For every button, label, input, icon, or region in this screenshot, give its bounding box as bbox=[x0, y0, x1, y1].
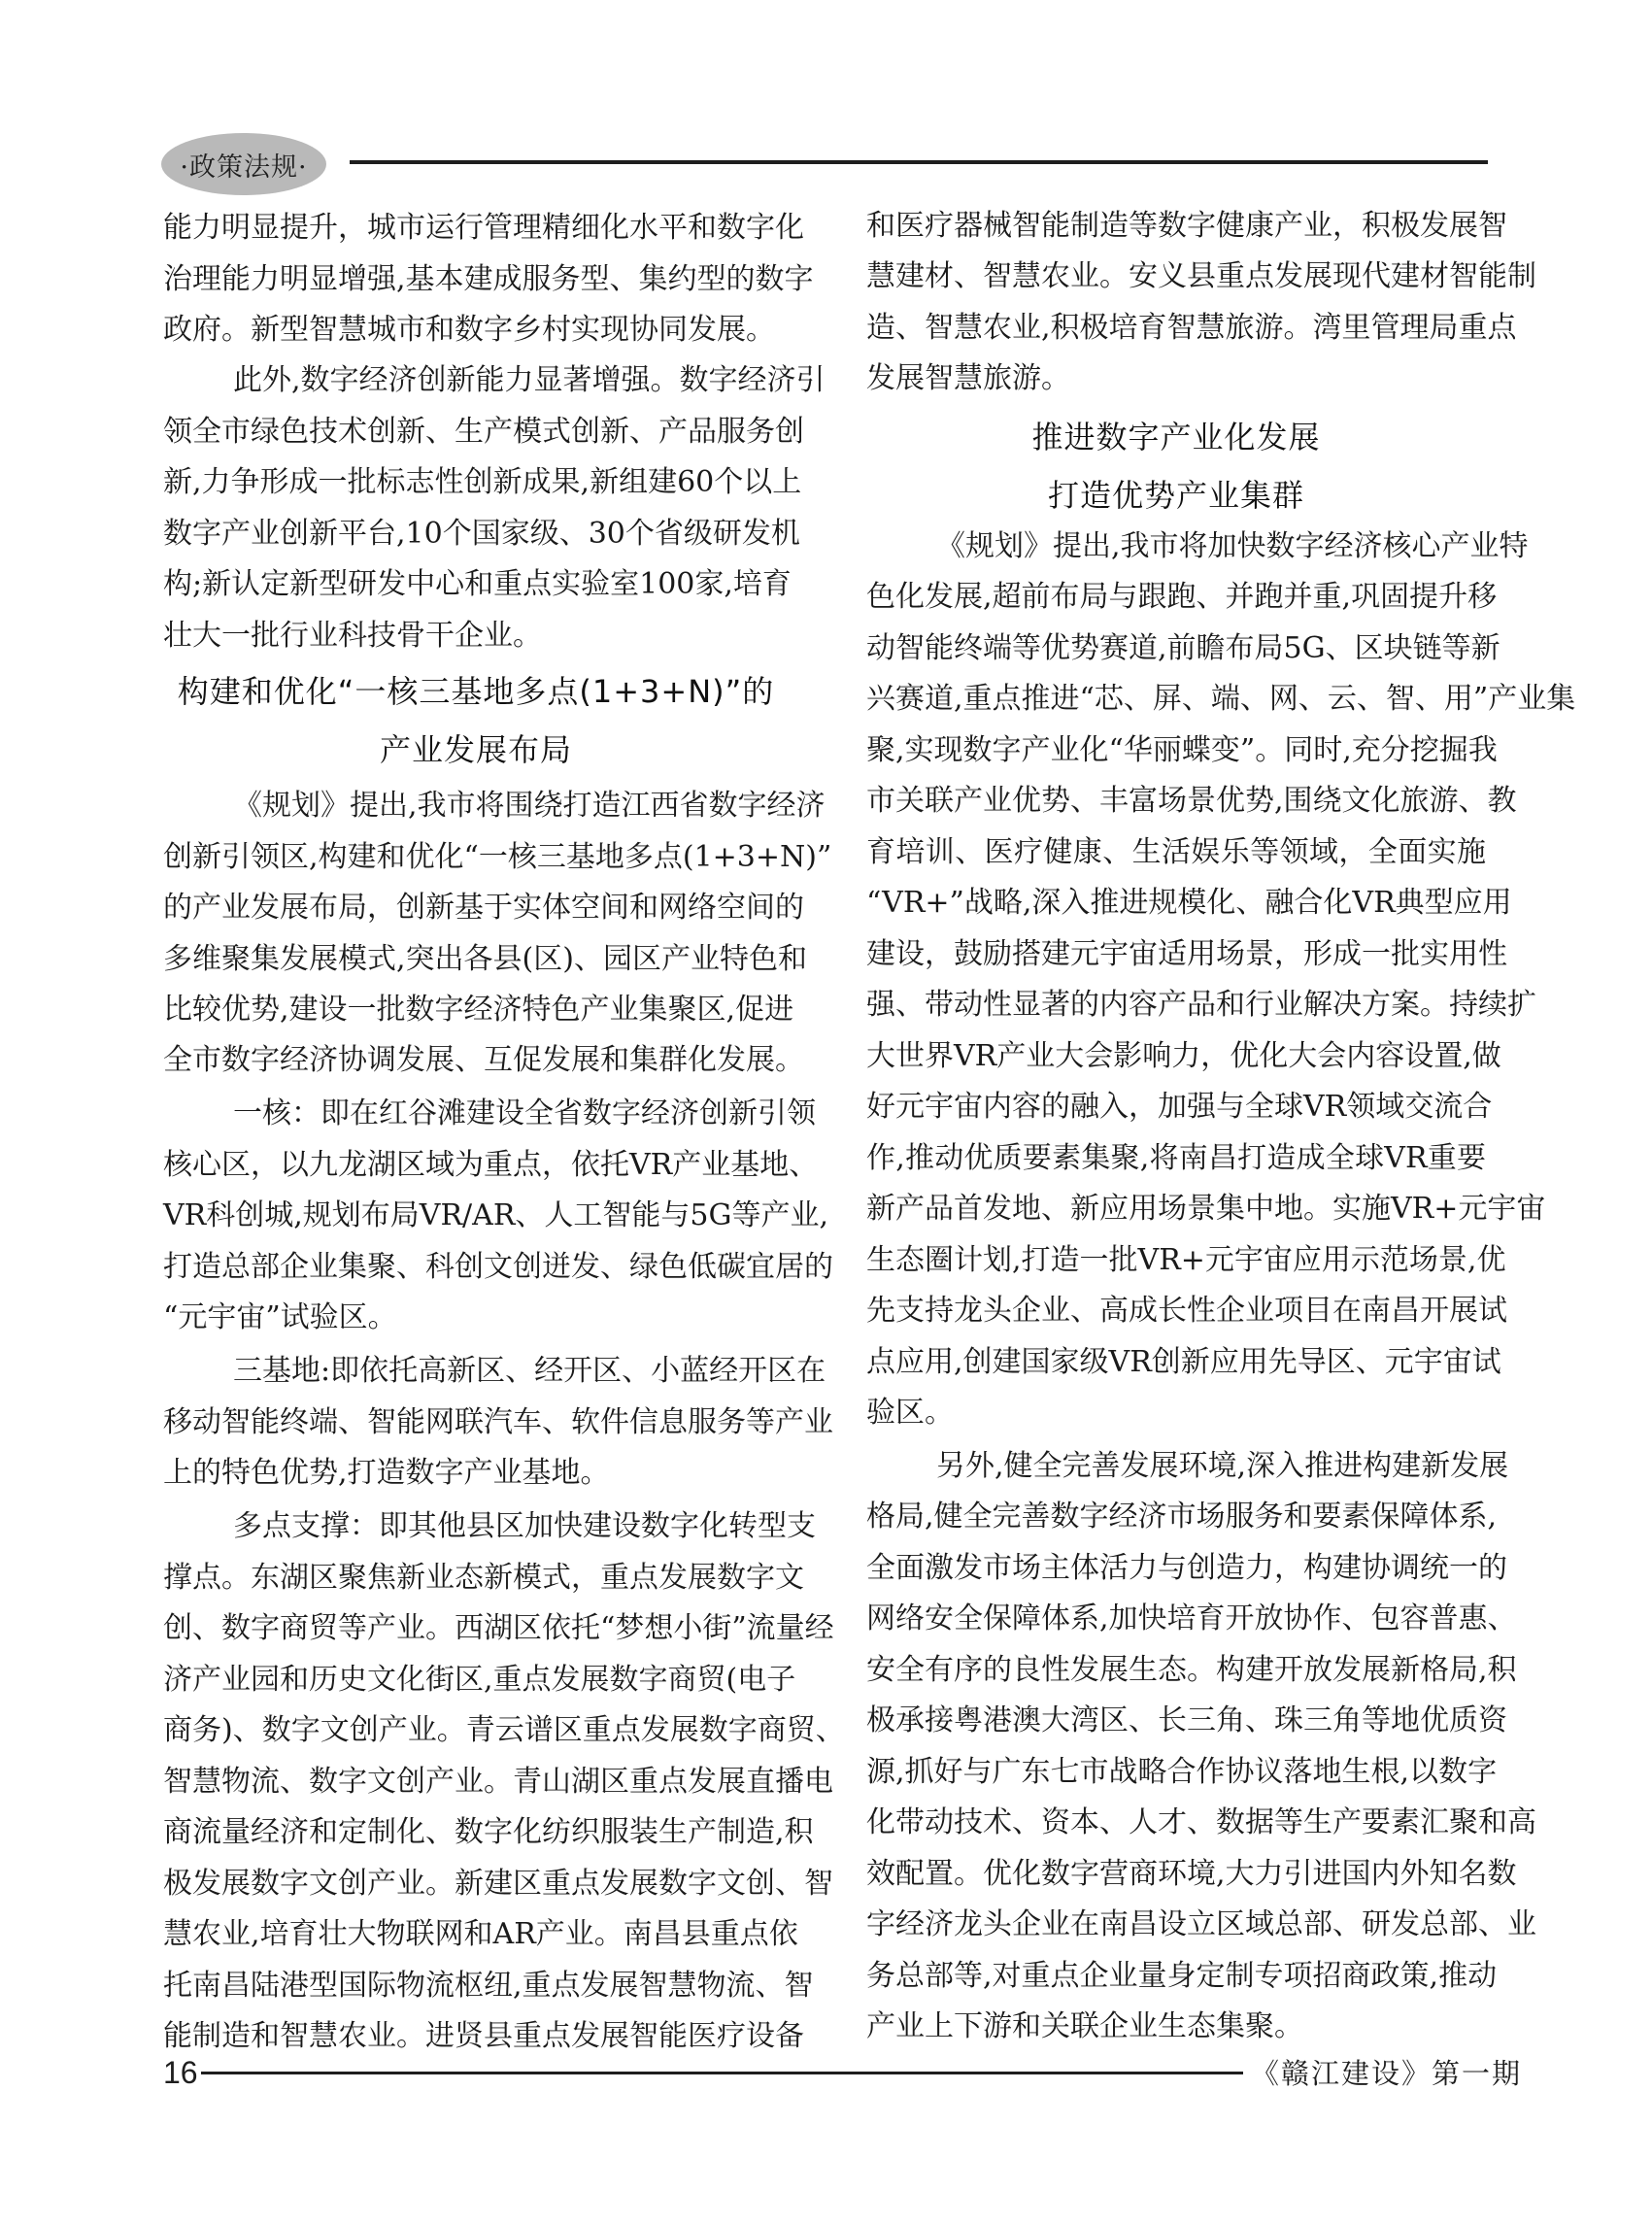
footer-rule bbox=[201, 2072, 1243, 2074]
text-line: 验区。 bbox=[866, 1394, 1486, 1433]
text-line: 核心区，以九龙湖区域为重点，依托VR产业基地、 bbox=[163, 1146, 789, 1185]
text-line: 源,抓好与广东七市战略合作协议落地生根,以数字 bbox=[866, 1753, 1486, 1792]
text-line: 多点支撑：即其他县区加快建设数字化转型支 bbox=[163, 1507, 789, 1546]
text-line: 上的特色优势,打造数字产业基地。 bbox=[163, 1454, 789, 1493]
text-line: 《规划》提出,我市将围绕打造江西省数字经济 bbox=[163, 787, 789, 826]
text-line: 好元宇宙内容的融入，加强与全球VR领域交流合 bbox=[866, 1088, 1486, 1127]
text-line: 建设，鼓励搭建元宇宙适用场景，形成一批实用性 bbox=[866, 935, 1486, 974]
text-line: 一核：即在红谷滩建设全省数字经济创新引领 bbox=[163, 1095, 789, 1133]
text-line: 托南昌陆港型国际物流枢纽,重点发展智慧物流、智 bbox=[163, 1967, 789, 2006]
text-line: 色化发展,超前布局与跟跑、并跑并重,巩固提升移 bbox=[866, 578, 1486, 617]
text-line: 聚,实现数字产业化“华丽蝶变”。同时,充分挖掘我 bbox=[866, 731, 1486, 770]
text-line: 壮大一批行业科技骨干企业。 bbox=[163, 617, 789, 656]
text-line: 强、带动性显著的内容产品和行业解决方案。持续扩 bbox=[866, 986, 1486, 1025]
text-line: 创新引领区,构建和优化“一核三基地多点(1+3+N)” bbox=[163, 838, 789, 877]
text-line: 三基地:即依托高新区、经开区、小蓝经开区在 bbox=[163, 1352, 789, 1391]
text-line: 商流量经济和定制化、数字化纺织服装生产制造,积 bbox=[163, 1813, 789, 1852]
text-line: “元宇宙”试验区。 bbox=[163, 1298, 789, 1337]
text-line: 新,力争形成一批标志性创新成果,新组建60个以上 bbox=[163, 463, 789, 502]
text-line: 慧建材、智慧农业。安义县重点发展现代建材智能制 bbox=[866, 257, 1486, 296]
text-line: 格局,健全完善数字经济市场服务和要素保障体系, bbox=[866, 1498, 1486, 1536]
text-line: 比较优势,建设一批数字经济特色产业集聚区,促进 bbox=[163, 991, 789, 1029]
text-line: 和医疗器械智能制造等数字健康产业，积极发展智 bbox=[866, 207, 1486, 246]
text-line: 济产业园和历史文化街区,重点发展数字商贸(电子 bbox=[163, 1661, 789, 1700]
text-line: 生态圈计划,打造一批VR+元宇宙应用示范场景,优 bbox=[866, 1241, 1486, 1280]
text-line: 全市数字经济协调发展、互促发展和集群化发展。 bbox=[163, 1041, 789, 1080]
text-line: “VR+”战略,深入推进规模化、融合化VR典型应用 bbox=[866, 884, 1486, 923]
text-line: 全面激发市场主体活力与创造力，构建协调统一的 bbox=[866, 1549, 1486, 1588]
text-line: 撑点。东湖区聚焦新业态新模式，重点发展数字文 bbox=[163, 1559, 789, 1598]
text-line: 先支持龙头企业、高成长性企业项目在南昌开展试 bbox=[866, 1292, 1486, 1331]
text-line: 新产品首发地、新应用场景集中地。实施VR+元宇宙 bbox=[866, 1190, 1486, 1229]
text-line: 效配置。优化数字营商环境,大力引进国内外知名数 bbox=[866, 1855, 1486, 1894]
text-line: 构;新认定新型研发中心和重点实验室100家,培育 bbox=[163, 565, 789, 604]
text-line: 极承接粤港澳大湾区、长三角、珠三角等地优质资 bbox=[866, 1702, 1486, 1740]
text-line: 智慧物流、数字文创产业。青山湖区重点发展直播电 bbox=[163, 1763, 789, 1802]
section-heading: 产业发展布局 bbox=[163, 728, 789, 771]
text-line: 安全有序的良性发展生态。构建开放发展新格局,积 bbox=[866, 1651, 1486, 1690]
text-line: 能力明显提升，城市运行管理精细化水平和数字化 bbox=[163, 209, 789, 248]
text-line: 创、数字商贸等产业。西湖区依托“梦想小街”流量经 bbox=[163, 1609, 789, 1648]
section-heading: 推进数字产业化发展 bbox=[866, 416, 1486, 458]
text-line: 发展智慧旅游。 bbox=[866, 359, 1486, 398]
text-line: 极发展数字文创产业。新建区重点发展数字文创、智 bbox=[163, 1865, 789, 1904]
text-line: 政府。新型智慧城市和数字乡村实现协同发展。 bbox=[163, 311, 789, 350]
text-line: 打造总部企业集聚、科创文创迸发、绿色低碳宜居的 bbox=[163, 1248, 789, 1287]
text-line: 作,推动优质要素集聚,将南昌打造成全球VR重要 bbox=[866, 1139, 1486, 1178]
text-line: 领全市绿色技术创新、生产模式创新、产品服务创 bbox=[163, 413, 789, 452]
section-badge: ·政策法规· bbox=[161, 133, 326, 195]
text-line: 《规划》提出,我市将加快数字经济核心产业特 bbox=[866, 527, 1486, 566]
text-line: 化带动技术、资本、人才、数据等生产要素汇聚和高 bbox=[866, 1804, 1486, 1842]
text-line: VR科创城,规划布局VR/AR、人工智能与5G等产业, bbox=[163, 1197, 789, 1235]
text-line: 造、智慧农业,积极培育智慧旅游。湾里管理局重点 bbox=[866, 309, 1486, 348]
text-line: 数字产业创新平台,10个国家级、30个省级研发机 bbox=[163, 515, 789, 554]
text-line: 的产业发展布局，创新基于实体空间和网络空间的 bbox=[163, 889, 789, 927]
text-line: 另外,健全完善发展环境,深入推进构建新发展 bbox=[866, 1447, 1486, 1486]
journal-issue: 《赣江建设》第一期 bbox=[1251, 2054, 1522, 2093]
text-line: 点应用,创建国家级VR创新应用先导区、元宇宙试 bbox=[866, 1343, 1486, 1382]
text-line: 产业上下游和关联企业生态集聚。 bbox=[866, 2007, 1486, 2046]
text-line: 商务)、数字文创产业。青云谱区重点发展数字商贸、 bbox=[163, 1711, 789, 1750]
text-line: 慧农业,培育壮大物联网和AR产业。南昌县重点依 bbox=[163, 1915, 789, 1954]
text-line: 此外,数字经济创新能力显著增强。数字经济引 bbox=[163, 361, 789, 400]
text-line: 多维聚集发展模式,突出各县(区)、园区产业特色和 bbox=[163, 940, 789, 979]
header-rule bbox=[350, 160, 1488, 164]
section-heading: 打造优势产业集群 bbox=[866, 474, 1486, 517]
section-label: ·政策法规· bbox=[180, 146, 307, 184]
text-line: 兴赛道,重点推进“芯、屏、端、网、云、智、用”产业集 bbox=[866, 680, 1486, 719]
page-number: 16 bbox=[163, 2056, 198, 2089]
text-line: 育培训、医疗健康、生活娱乐等领域，全面实施 bbox=[866, 833, 1486, 872]
text-line: 能制造和智慧农业。进贤县重点发展智能医疗设备 bbox=[163, 2017, 789, 2056]
text-line: 务总部等,对重点企业量身定制专项招商政策,推动 bbox=[866, 1957, 1486, 1996]
text-line: 市关联产业优势、丰富场景优势,围绕文化旅游、教 bbox=[866, 782, 1486, 821]
text-line: 字经济龙头企业在南昌设立区域总部、研发总部、业 bbox=[866, 1905, 1486, 1944]
section-heading: 构建和优化“一核三基地多点(1+3+N)”的 bbox=[163, 670, 789, 713]
text-line: 网络安全保障体系,加快培育开放协作、包容普惠、 bbox=[866, 1600, 1486, 1638]
text-line: 治理能力明显增强,基本建成服务型、集约型的数字 bbox=[163, 260, 789, 299]
text-line: 大世界VR产业大会影响力，优化大会内容设置,做 bbox=[866, 1037, 1486, 1076]
text-line: 移动智能终端、智能网联汽车、软件信息服务等产业 bbox=[163, 1403, 789, 1442]
text-line: 动智能终端等优势赛道,前瞻布局5G、区块链等新 bbox=[866, 629, 1486, 668]
